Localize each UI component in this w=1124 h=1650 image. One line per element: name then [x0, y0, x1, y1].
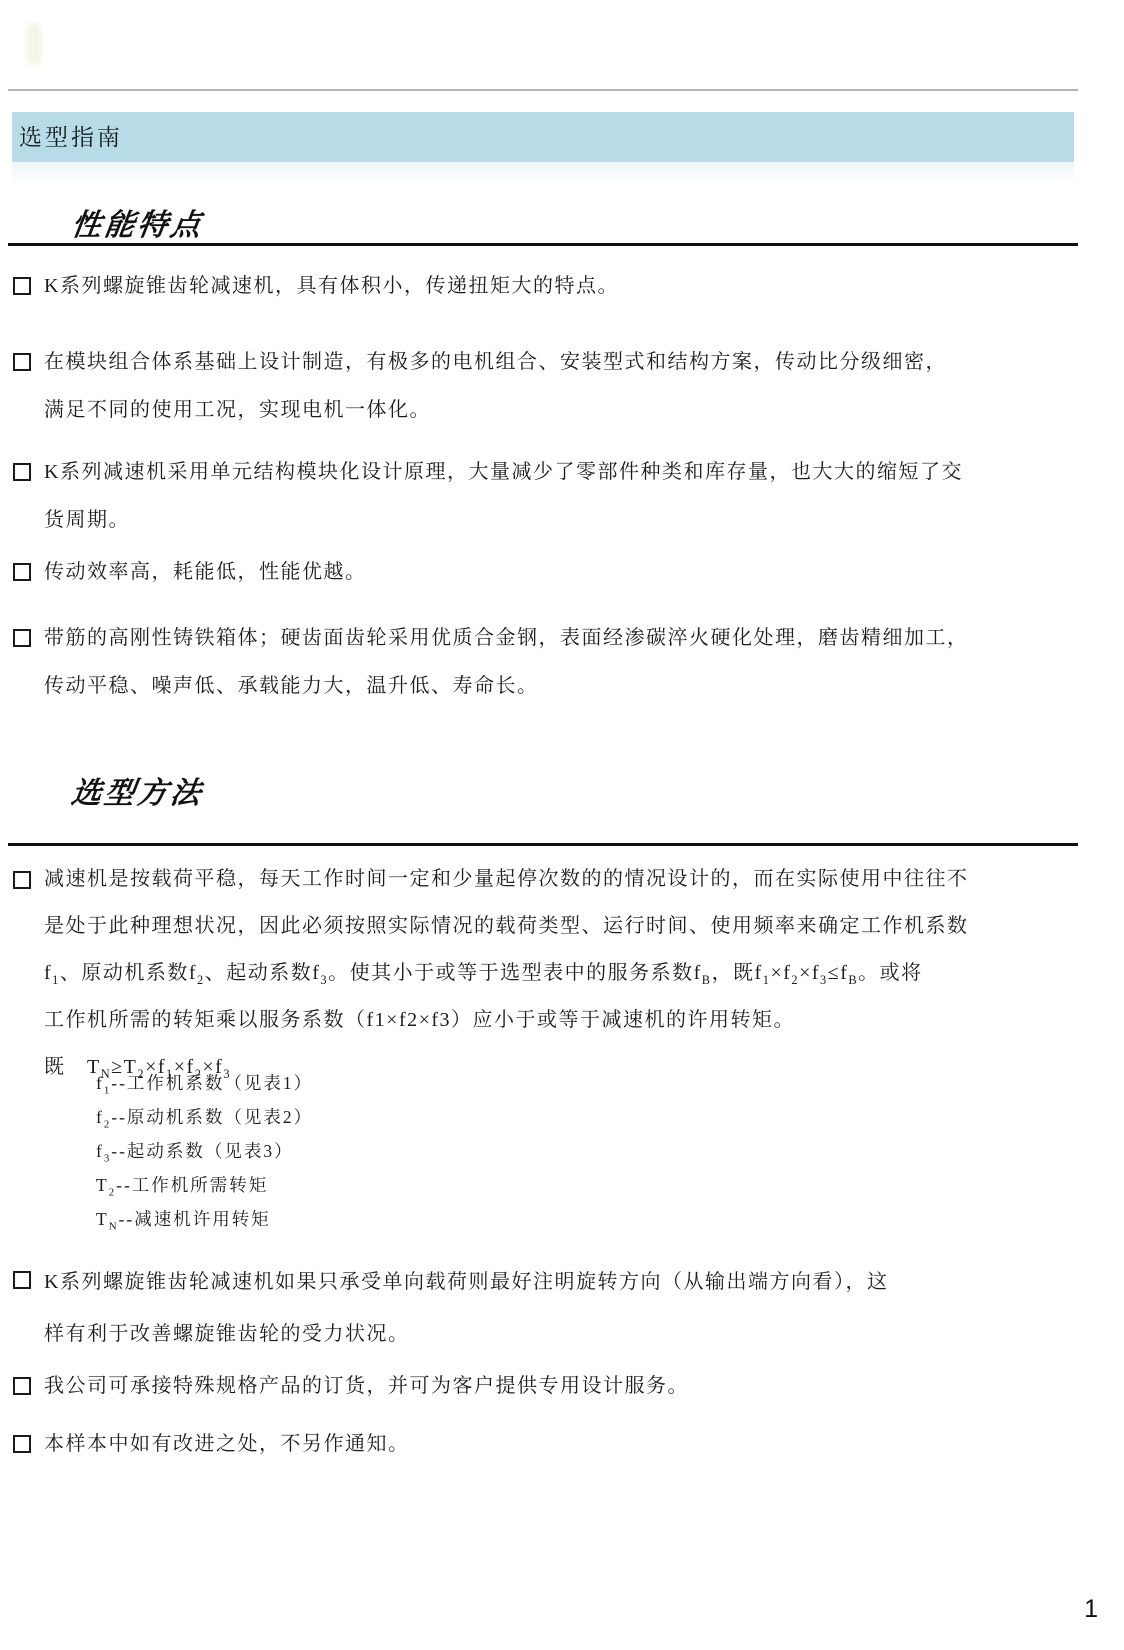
bullet-square-icon	[13, 871, 31, 889]
bullet-item: 减速机是按载荷平稳，每天工作时间一定和少量起停次数的的情况设计的，而在实际使用中…	[0, 856, 1110, 1091]
bullet-square-icon	[13, 353, 31, 371]
definition-line: f3--起动系数（见表3）	[96, 1134, 996, 1168]
bullet-text: 传动效率高，耗能低，性能优越。	[44, 548, 1110, 596]
scan-artifact	[26, 22, 42, 66]
bullet-text: 我公司可承接特殊规格产品的订货，并可为客户提供专用设计服务。	[44, 1362, 1110, 1410]
bullet-text: K系列螺旋锥齿轮减速机，具有体积小，传递扭矩大的特点。	[44, 262, 1110, 310]
definition-line: T2--工作机所需转矩	[96, 1168, 996, 1202]
bullet-square-icon	[13, 1377, 31, 1395]
bullet-item: K系列螺旋锥齿轮减速机，具有体积小，传递扭矩大的特点。	[0, 262, 1110, 310]
banner-fade	[12, 162, 1074, 184]
section-heading-method: 选型方法	[72, 768, 204, 812]
bullet-square-icon	[13, 629, 31, 647]
bullet-text: 本样本中如有改进之处，不另作通知。	[44, 1420, 1110, 1468]
definition-line: f2--原动机系数（见表2）	[96, 1100, 996, 1134]
bullet-text: 样有利于改善螺旋锥齿轮的受力状况。	[44, 1308, 1110, 1360]
definition-line: f1--工作机系数（见表1）	[96, 1066, 996, 1100]
heading-rule	[8, 843, 1078, 846]
document-page: 选型指南 性能特点 K系列螺旋锥齿轮减速机，具有体积小，传递扭矩大的特点。 在模…	[0, 0, 1124, 1650]
bullet-item: K系列减速机采用单元结构模块化设计原理，大量减少了零部件种类和库存量，也大大的缩…	[0, 448, 1110, 544]
bullet-item: K系列螺旋锥齿轮减速机如果只承受单向载荷则最好注明旋转方向（从输出端方向看），这…	[0, 1256, 1110, 1360]
bullet-item: 传动效率高，耗能低，性能优越。	[0, 548, 1110, 596]
banner-title: 选型指南	[12, 112, 1074, 162]
bullet-item: 我公司可承接特殊规格产品的订货，并可为客户提供专用设计服务。	[0, 1362, 1110, 1410]
bullet-text: 货周期。	[44, 496, 1110, 544]
bullet-text: K系列减速机采用单元结构模块化设计原理，大量减少了零部件种类和库存量，也大大的缩…	[44, 448, 1110, 496]
section-heading-features: 性能特点	[72, 200, 204, 244]
heading-rule	[8, 243, 1078, 246]
bullet-text: 减速机是按载荷平稳，每天工作时间一定和少量起停次数的的情况设计的，而在实际使用中…	[44, 856, 1110, 903]
bullet-text: f1、原动机系数f2、起动系数f3。使其小于或等于选型表中的服务系数fB，既f1…	[44, 950, 1110, 997]
bullet-item: 带筋的高刚性铸铁箱体；硬齿面齿轮采用优质合金钢，表面经渗碳淬火硬化处理，磨齿精细…	[0, 614, 1110, 710]
bullet-item: 在模块组合体系基础上设计制造，有极多的电机组合、安装型式和结构方案，传动比分级细…	[0, 338, 1110, 434]
bullet-item: 本样本中如有改进之处，不另作通知。	[0, 1420, 1110, 1468]
bullet-square-icon	[13, 1271, 31, 1289]
section-heading-text: 选型方法	[69, 768, 207, 812]
symbol-definitions: f1--工作机系数（见表1） f2--原动机系数（见表2） f3--起动系数（见…	[96, 1066, 996, 1236]
bullet-square-icon	[13, 277, 31, 295]
bullet-text: 工作机所需的转矩乘以服务系数（f1×f2×f3）应小于或等于减速机的许用转矩。	[44, 997, 1110, 1044]
section-banner: 选型指南	[12, 112, 1074, 162]
section-heading-text: 性能特点	[69, 200, 207, 244]
bullet-text: 传动平稳、噪声低、承载能力大，温升低、寿命长。	[44, 662, 1110, 710]
bullet-text: 满足不同的使用工况，实现电机一体化。	[44, 386, 1110, 434]
page-number: 1	[1084, 1595, 1098, 1624]
definition-line: TN--减速机许用转矩	[96, 1202, 996, 1236]
bullet-text: 在模块组合体系基础上设计制造，有极多的电机组合、安装型式和结构方案，传动比分级细…	[44, 338, 1110, 386]
bullet-square-icon	[13, 563, 31, 581]
bullet-text: 是处于此种理想状况，因此必须按照实际情况的载荷类型、运行时间、使用频率来确定工作…	[44, 903, 1110, 950]
top-divider-line	[8, 89, 1078, 91]
bullet-text: 带筋的高刚性铸铁箱体；硬齿面齿轮采用优质合金钢，表面经渗碳淬火硬化处理，磨齿精细…	[44, 614, 1110, 662]
bullet-square-icon	[13, 1435, 31, 1453]
bullet-square-icon	[13, 463, 31, 481]
bullet-text: K系列螺旋锥齿轮减速机如果只承受单向载荷则最好注明旋转方向（从输出端方向看），这	[44, 1256, 1110, 1308]
